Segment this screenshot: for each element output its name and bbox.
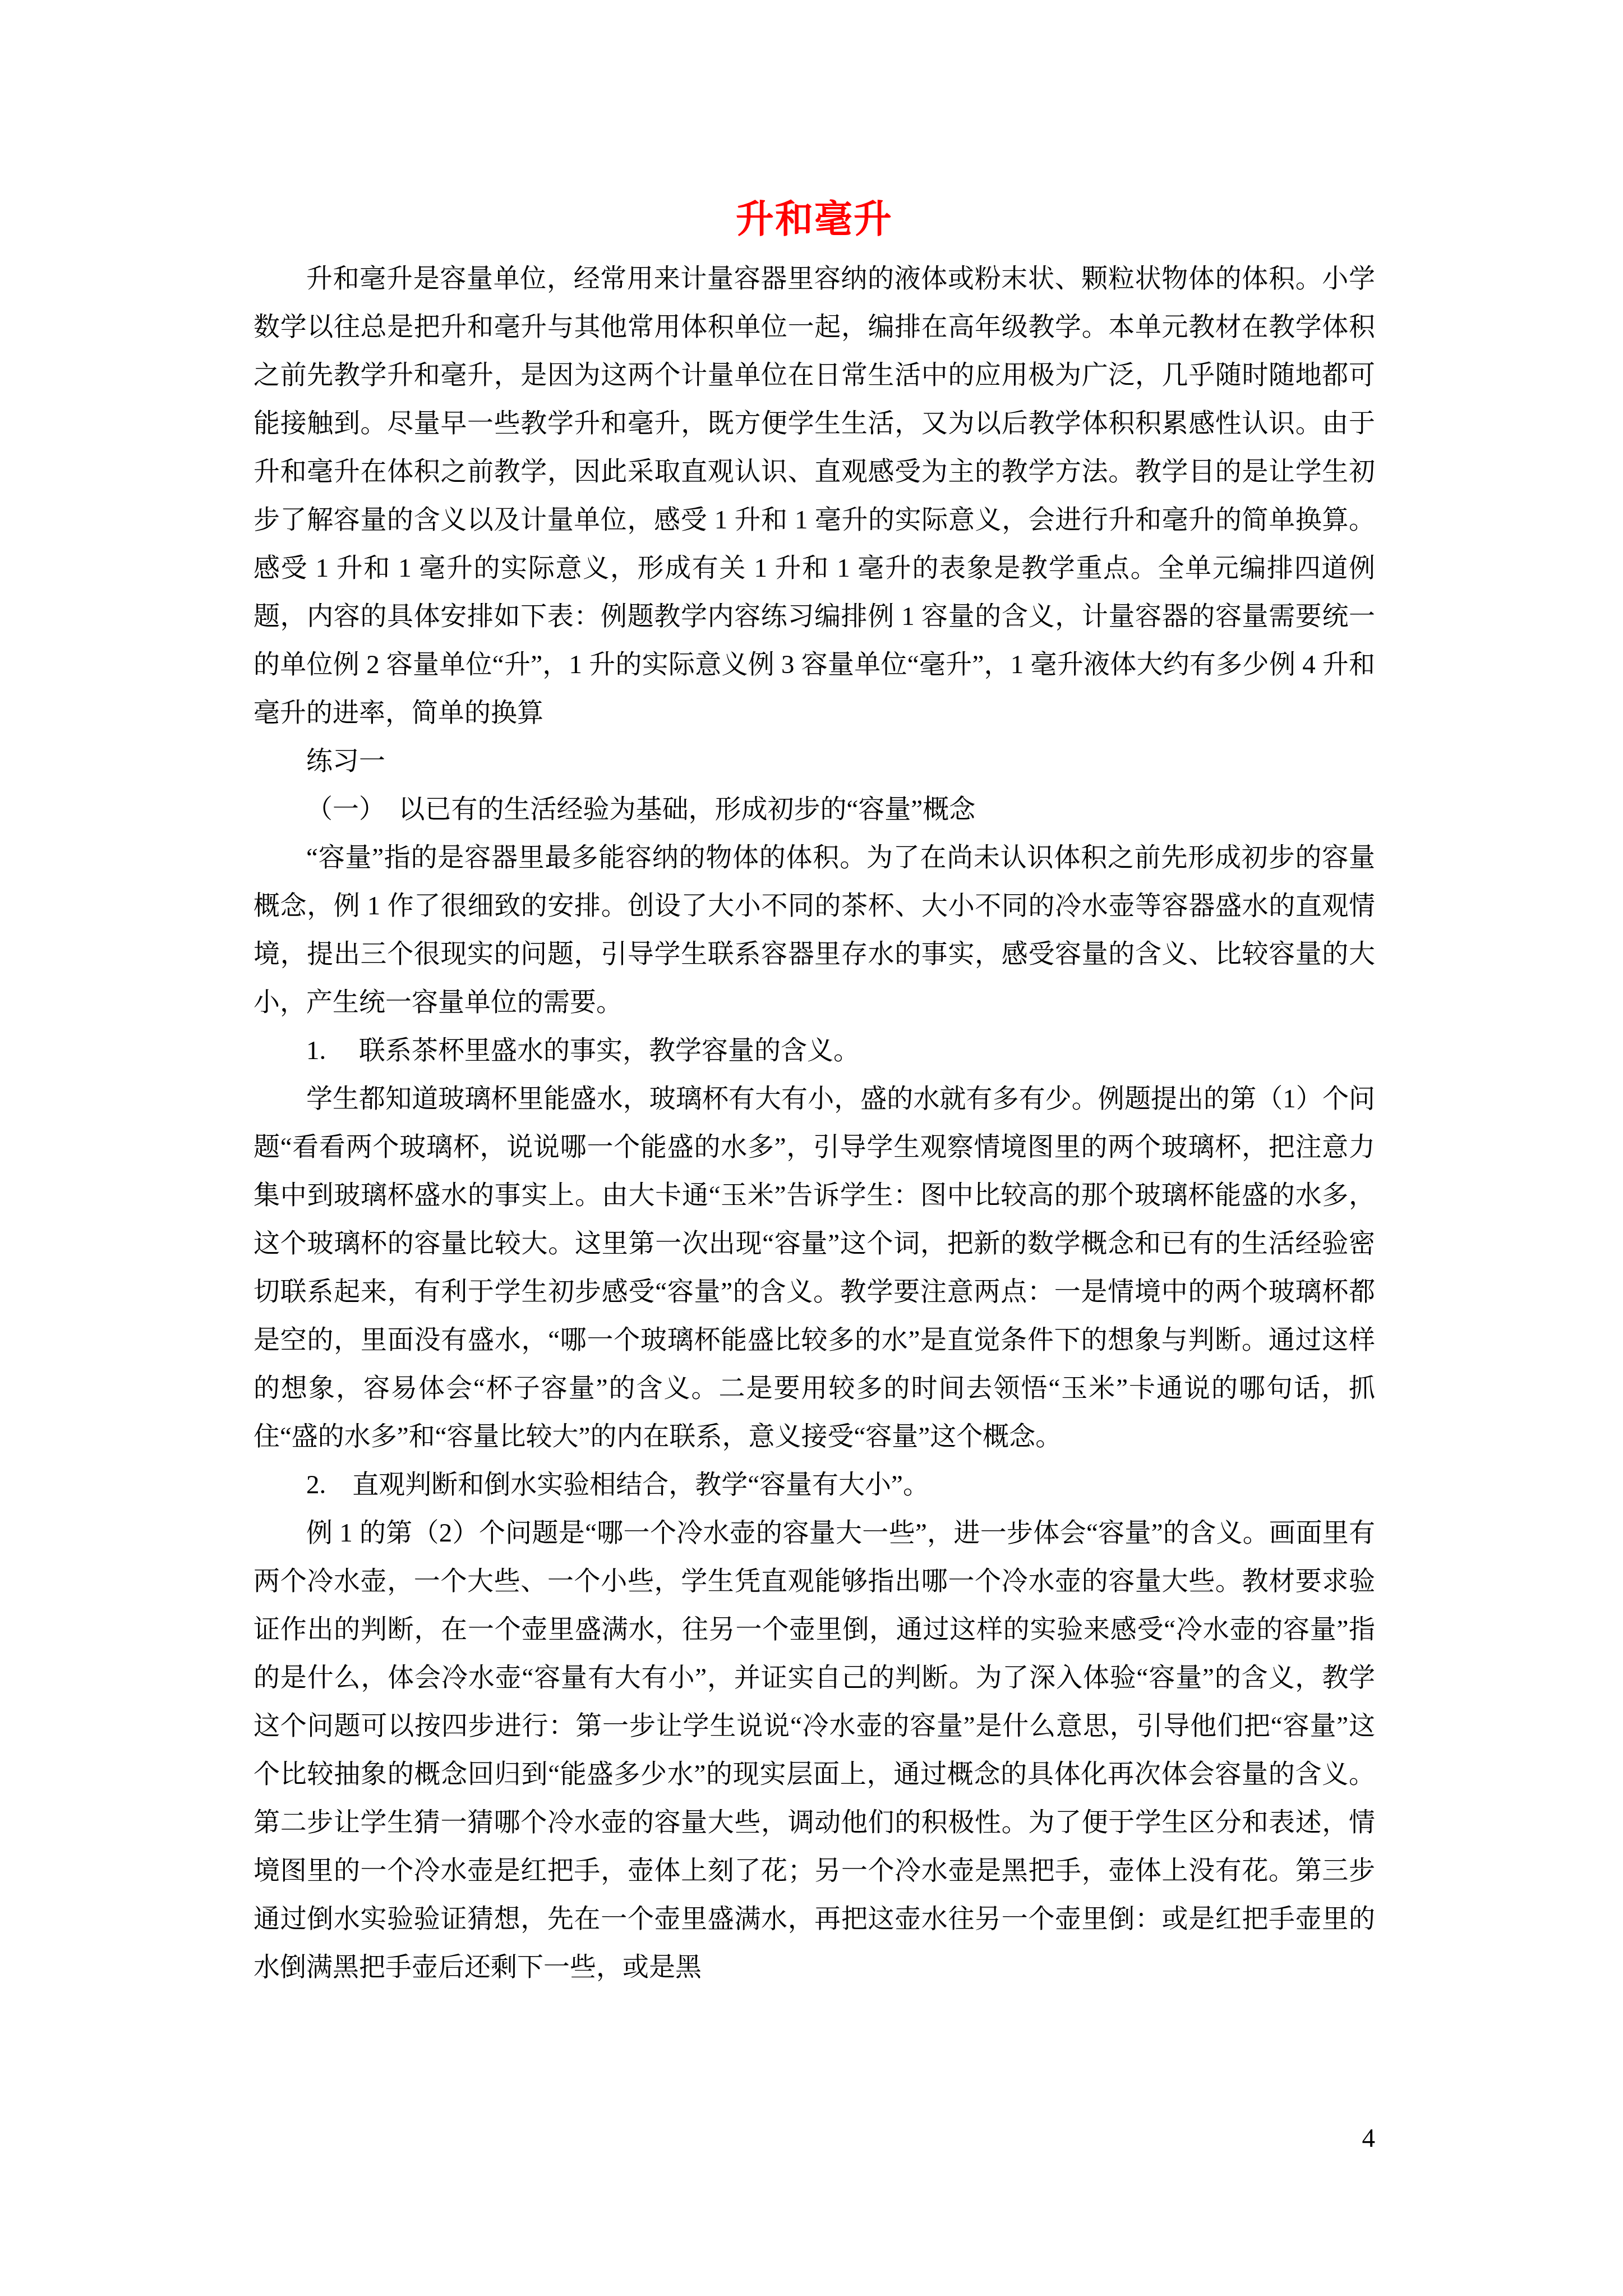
paragraph-intro: 升和毫升是容量单位，经常用来计量容器里容纳的液体或粉末状、颗粒状物体的体积。小学… [253, 255, 1375, 737]
page-title: 升和毫升 [253, 190, 1375, 249]
paragraph-practice-one: 练习一 [253, 737, 1375, 785]
paragraph-capacity-concept: “容量”指的是容器里最多能容纳的物体的体积。为了在尚未认识体积之前先形成初步的容… [253, 834, 1375, 1027]
paragraph-item-2-body: 例 1 的第（2）个问题是“哪一个冷水壶的容量大一些”，进一步体会“容量”的含义… [253, 1509, 1375, 1991]
page-number: 4 [253, 2122, 1375, 2155]
paragraph-item-1-body: 学生都知道玻璃杯里能盛水，玻璃杯有大有小，盛的水就有多有少。例题提出的第（1）个… [253, 1075, 1375, 1461]
paragraph-item-1-heading: 1. 联系茶杯里盛水的事实，教学容量的含义。 [253, 1027, 1375, 1075]
paragraph-section-one-heading: （一） 以已有的生活经验为基础，形成初步的“容量”概念 [253, 785, 1375, 834]
paragraph-item-2-heading: 2. 直观判断和倒水实验相结合，教学“容量有大小”。 [253, 1461, 1375, 1509]
document-body: 升和毫升是容量单位，经常用来计量容器里容纳的液体或粉末状、颗粒状物体的体积。小学… [253, 255, 1375, 1991]
document-page: 升和毫升 升和毫升是容量单位，经常用来计量容器里容纳的液体或粉末状、颗粒状物体的… [0, 0, 1623, 2296]
document-content: 升和毫升 升和毫升是容量单位，经常用来计量容器里容纳的液体或粉末状、颗粒状物体的… [253, 190, 1375, 1991]
